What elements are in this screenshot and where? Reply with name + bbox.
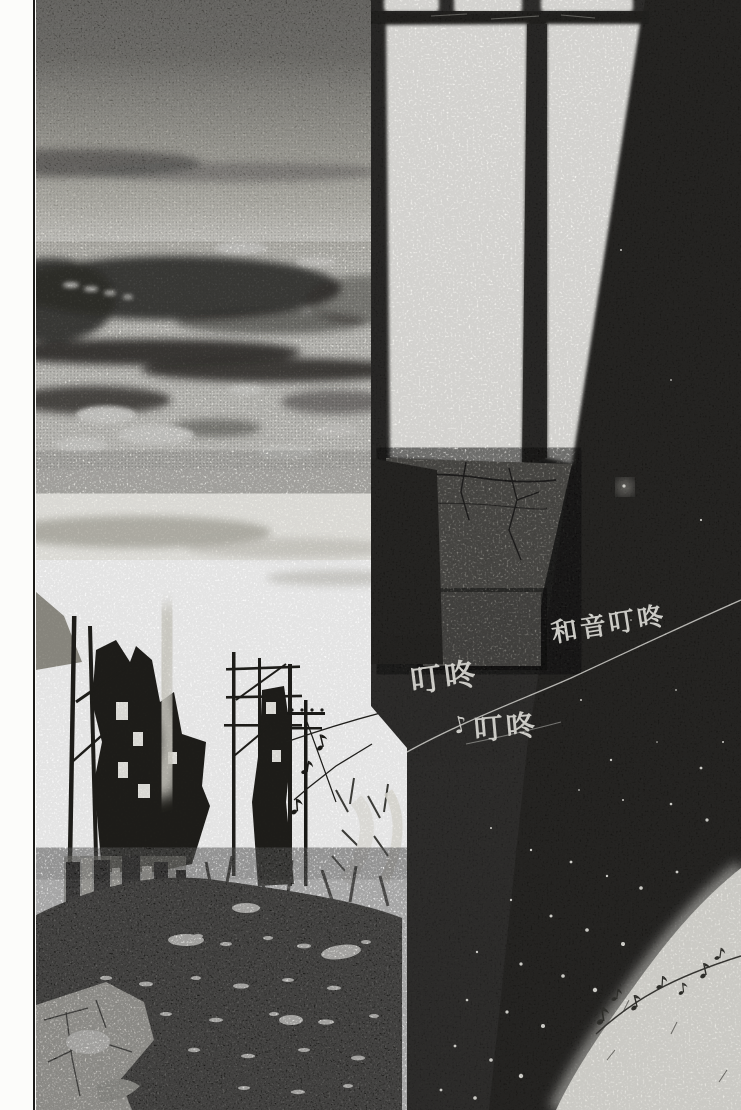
panel-window-room: 和音叮咚 叮咚 ♪ 叮咚	[371, 0, 741, 1110]
page-border-line	[33, 0, 35, 1110]
panel-ruined-city	[36, 0, 408, 1110]
manga-page: 和音叮咚 叮咚 ♪ 叮咚	[0, 0, 741, 1110]
dark-rubble-foreground	[36, 856, 408, 1110]
page-left-margin	[0, 0, 36, 1110]
